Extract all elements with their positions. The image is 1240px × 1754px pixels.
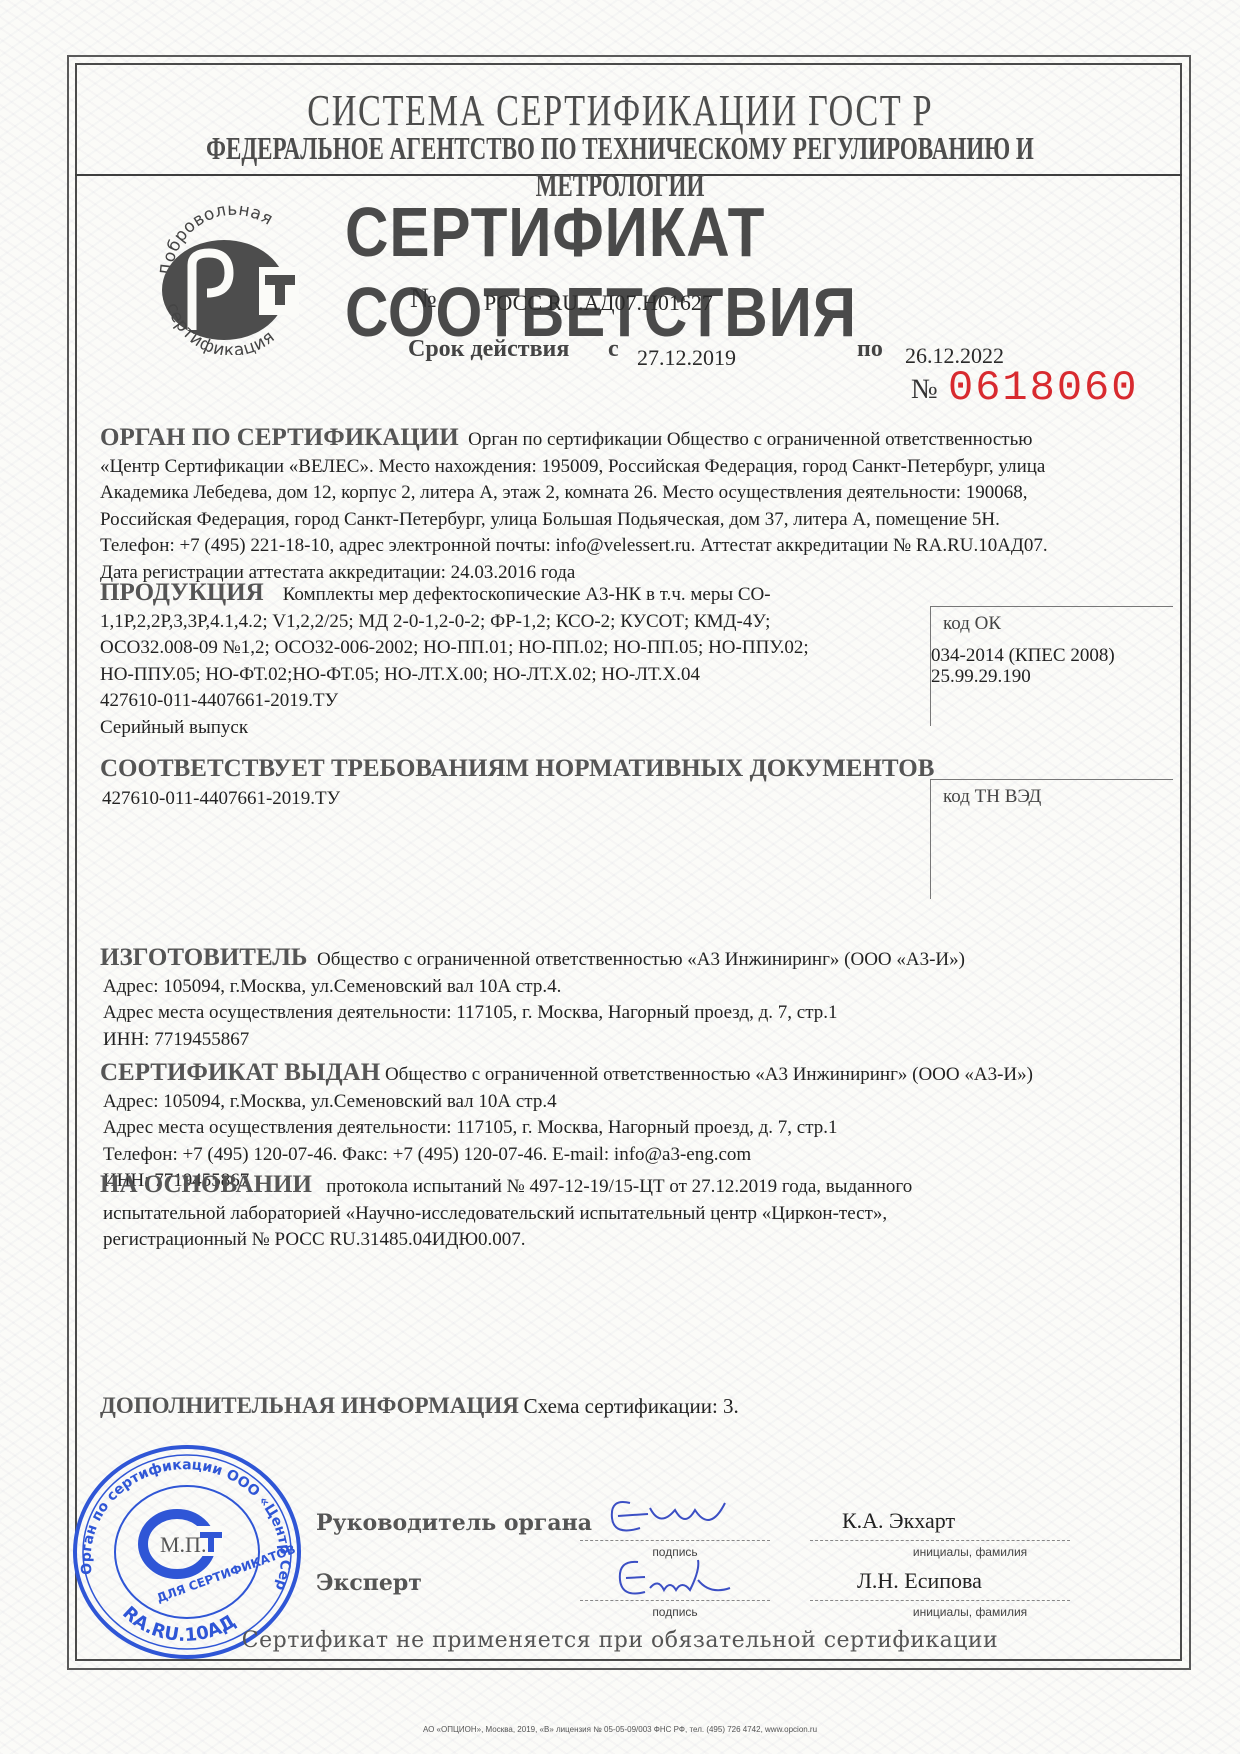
valid-from-date: 27.12.2019 [637, 345, 736, 371]
certificate-number: РОСС RU.АД07.Н01627 [484, 290, 713, 316]
basis-heading: НА ОСНОВАНИИ [100, 1171, 312, 1198]
head-signature-icon [600, 1488, 750, 1553]
manufacturer-section: ИЗГОТОВИТЕЛЬ Общество с ограниченной отв… [100, 945, 1170, 1053]
certification-body-section: ОРГАН ПО СЕРТИФИКАЦИИ Орган по сертифика… [100, 425, 1170, 586]
certification-body-line: Орган по сертификации Общество с огранич… [468, 429, 1032, 450]
manufacturer-heading: ИЗГОТОВИТЕЛЬ [100, 944, 307, 971]
basis-line: регистрационный № РОСС RU.31485.04ИДЮ0.0… [100, 1227, 1170, 1254]
certification-body-line: «Центр Сертификации «ВЕЛЕС». Место нахож… [100, 454, 1170, 481]
code-ok-value: 034-2014 (КПЕС 2008) [931, 645, 1173, 666]
code-ok-value: 25.99.29.190 [931, 666, 1173, 687]
product-line: НО-ППУ.05; НО-ФТ.02;НО-ФТ.05; НО-ЛТ.Х.00… [100, 662, 930, 689]
code-tn-ved-label: код ТН ВЭД [943, 786, 1173, 808]
footer-note: Сертификат не применяется при обязательн… [0, 1628, 1240, 1653]
issued-to-heading: СЕРТИФИКАТ ВЫДАН [100, 1059, 380, 1086]
manufacturer-line: ИНН: 7719455867 [100, 1027, 1170, 1054]
certification-body-line: Российская Федерация, город Санкт-Петерб… [100, 507, 1170, 534]
rst-logo-icon: Добровольная сертификация [147, 195, 317, 355]
issued-to-line: Адрес: 105094, г.Москва, ул.Семеновский … [100, 1089, 1170, 1116]
validity-to-label: по [857, 336, 883, 363]
code-tn-ved-box: код ТН ВЭД [930, 779, 1173, 899]
validity-from-label: с [608, 336, 619, 363]
expert-name-caption: инициалы, фамилия [870, 1605, 1070, 1619]
certification-body-line: Телефон: +7 (495) 221-18-10, адрес элект… [100, 533, 1170, 560]
issued-to-name: Общество с ограниченной ответственностью… [385, 1064, 1033, 1085]
manufacturer-line: Адрес: 105094, г.Москва, ул.Семеновский … [100, 974, 1170, 1001]
code-ok-label: код ОК [943, 613, 1173, 635]
normative-heading: СООТВЕТСТВУЕТ ТРЕБОВАНИЯМ НОРМАТИВНЫХ ДО… [100, 755, 934, 783]
normative-value: 427610-011-4407661-2019.ТУ [102, 786, 340, 813]
product-line: ОСО32.008-09 №1,2; ОСО32-006-2002; НО-ПП… [100, 635, 930, 662]
product-line: 427610-011-4407661-2019.ТУ [100, 688, 930, 715]
printer-imprint: АО «ОПЦИОН», Москва, 2019, «В» лицензия … [0, 1725, 1240, 1734]
certificate-title: СЕРТИФИКАТ СООТВЕТСТВИЯ [345, 192, 1240, 352]
certificate-number-label: № [410, 283, 437, 315]
product-line: Серийный выпуск [100, 715, 930, 742]
system-title: СИСТЕМА СЕРТИФИКАЦИИ ГОСТ Р [0, 85, 1240, 136]
blank-number-label: № [911, 374, 938, 406]
manufacturer-name: Общество с ограниченной ответственностью… [317, 949, 965, 970]
validity-label: Срок действия [408, 336, 569, 363]
expert-role-label: Эксперт [316, 1570, 422, 1596]
additional-info-section: ДОПОЛНИТЕЛЬНАЯ ИНФОРМАЦИЯ Схема сертифик… [100, 1393, 739, 1422]
product-line: Комплекты мер дефектоскопические А3-НК в… [283, 584, 771, 605]
basis-section: НА ОСНОВАНИИ протокола испытаний № 497-1… [100, 1172, 1170, 1254]
product-heading: ПРОДУКЦИЯ [100, 579, 264, 606]
certification-body-heading: ОРГАН ПО СЕРТИФИКАЦИИ [100, 424, 459, 451]
additional-info-value: Схема сертификации: 3. [524, 1394, 739, 1418]
head-name-line [810, 1540, 1070, 1541]
head-name: К.А. Экхарт [842, 1508, 955, 1534]
basis-line: испытательной лабораторией «Научно-иссле… [100, 1201, 1170, 1228]
head-name-caption: инициалы, фамилия [870, 1545, 1070, 1559]
expert-name: Л.Н. Есипова [857, 1568, 982, 1594]
code-ok-box: код ОК 034-2014 (КПЕС 2008) 25.99.29.190 [930, 606, 1173, 726]
head-role-label: Руководитель органа [316, 1510, 592, 1536]
certification-body-line: Академика Лебедева, дом 12, корпус 2, ли… [100, 480, 1170, 507]
expert-signature-icon [600, 1550, 750, 1615]
product-line: 1,1Р,2,2Р,3,3Р,4.1,4.2; V1,2,2/25; МД 2-… [100, 609, 930, 636]
additional-info-heading: ДОПОЛНИТЕЛЬНАЯ ИНФОРМАЦИЯ [100, 1393, 519, 1418]
product-section: ПРОДУКЦИЯ Комплекты мер дефектоскопическ… [100, 580, 930, 741]
seal-place-label: М.П. [160, 1532, 206, 1558]
basis-line: протокола испытаний № 497-12-19/15-ЦТ от… [326, 1176, 912, 1197]
manufacturer-line: Адрес места осуществления деятельности: … [100, 1000, 1170, 1027]
issued-to-line: Адрес места осуществления деятельности: … [100, 1115, 1170, 1142]
expert-name-line [810, 1600, 1070, 1601]
issued-to-line: Телефон: +7 (495) 120-07-46. Факс: +7 (4… [100, 1142, 1170, 1169]
blank-number: 0618060 [948, 364, 1138, 412]
